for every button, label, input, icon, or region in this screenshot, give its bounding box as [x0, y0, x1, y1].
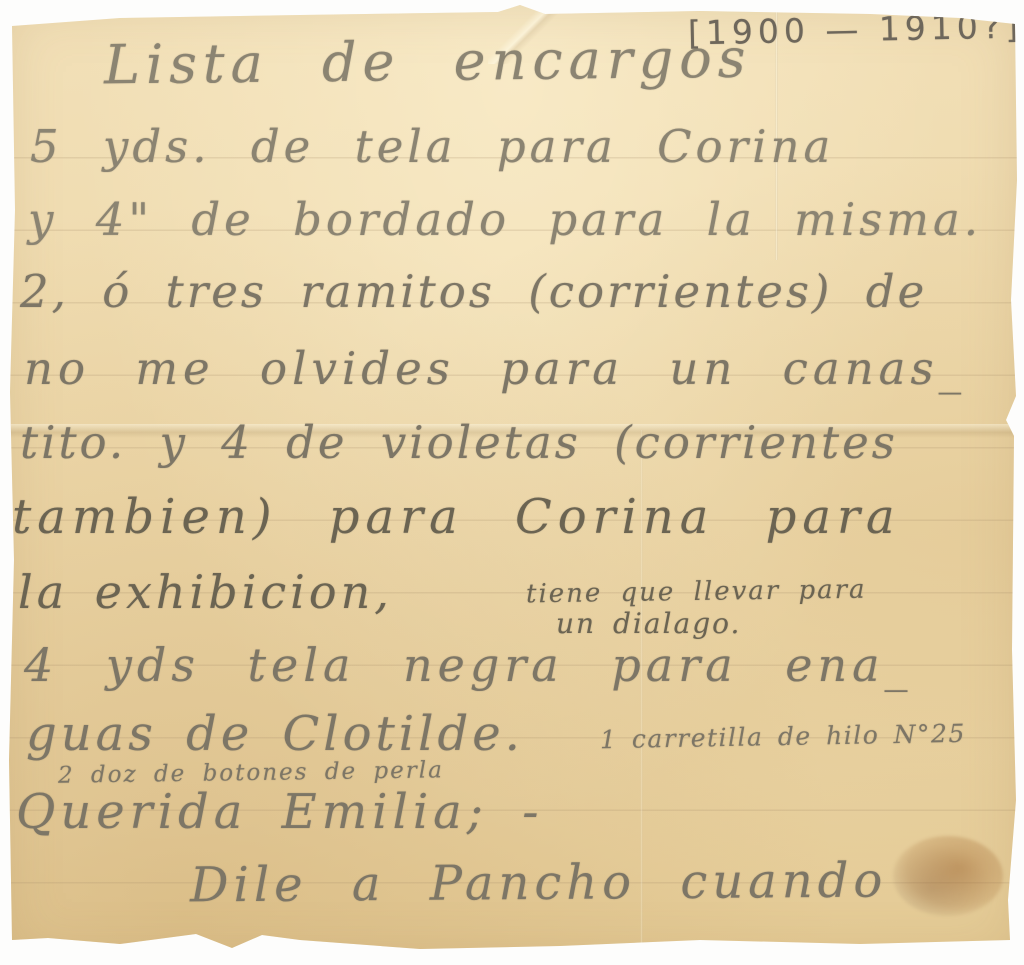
stain-mark — [893, 836, 1003, 916]
letter-line: la exhibicion, — [18, 565, 393, 619]
letter-title: Lista de encargos — [104, 27, 752, 97]
letter-salutation: Querida Emilia; - — [16, 784, 543, 840]
letter-line: y 4" de bordado para la misma. — [28, 193, 982, 246]
inline-note-line: un dialago. — [556, 607, 741, 640]
scanned-letter-page: [1900 — 1910?] Lista de encargos 5 yds. … — [0, 0, 1024, 965]
letter-line: tambien) para Corina para — [12, 489, 901, 545]
letter-line: 2, ó tres ramitos (corrientes) de — [20, 265, 927, 318]
letter-line: no me olvides para un canas_ — [24, 342, 966, 395]
inline-note-line: tiene que llevar para — [526, 575, 867, 610]
letter-line: tito. y 4 de violetas (corrientes — [20, 416, 898, 469]
paper-sheet: [1900 — 1910?] Lista de encargos 5 yds. … — [0, 0, 1024, 965]
letter-line: 5 yds. de tela para Corina — [30, 120, 834, 173]
letter-line: Dile a Pancho cuando — [190, 853, 888, 914]
letter-line: guas de Clotilde. — [26, 706, 524, 762]
letter-line: 4 yds tela negra para ena_ — [24, 638, 913, 692]
